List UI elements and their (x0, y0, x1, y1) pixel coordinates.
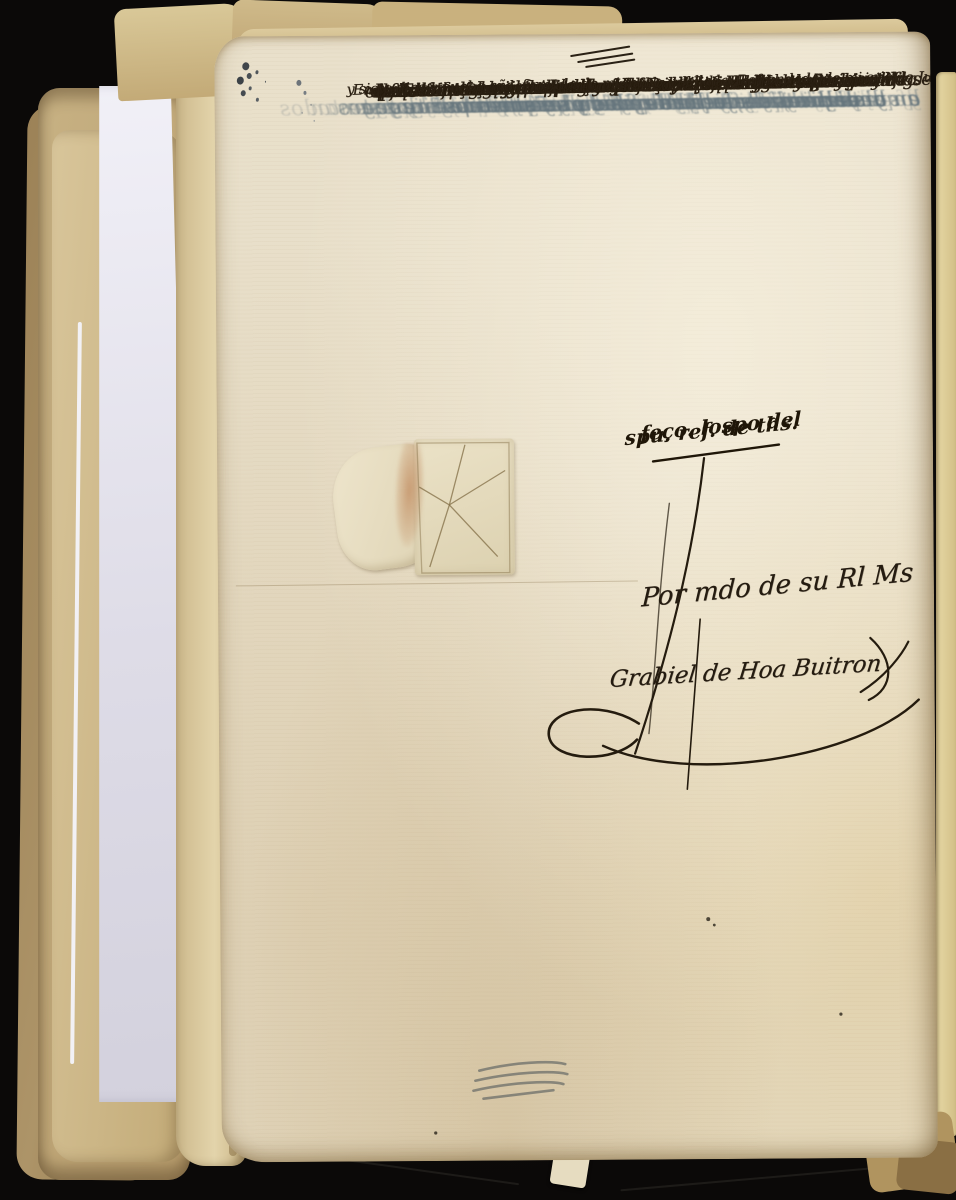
backdrop-scratch (620, 1167, 879, 1192)
seal-note-crossbar (653, 445, 779, 462)
manuscript-page: y en la dicha ciudad de los reyes a los … (214, 32, 938, 1163)
ink-specks (433, 916, 844, 1134)
top-flourish (571, 47, 634, 67)
rubric-descenders (547, 458, 707, 790)
hatch-scribble (473, 1062, 567, 1099)
signature-flourishes (602, 638, 919, 765)
facing-page-edge (936, 72, 956, 1136)
seal-creases (417, 442, 510, 573)
pen-flourishes-overlay (214, 32, 938, 1163)
manuscript-photo: y en la dicha ciudad de los reyes a los … (0, 0, 956, 1200)
